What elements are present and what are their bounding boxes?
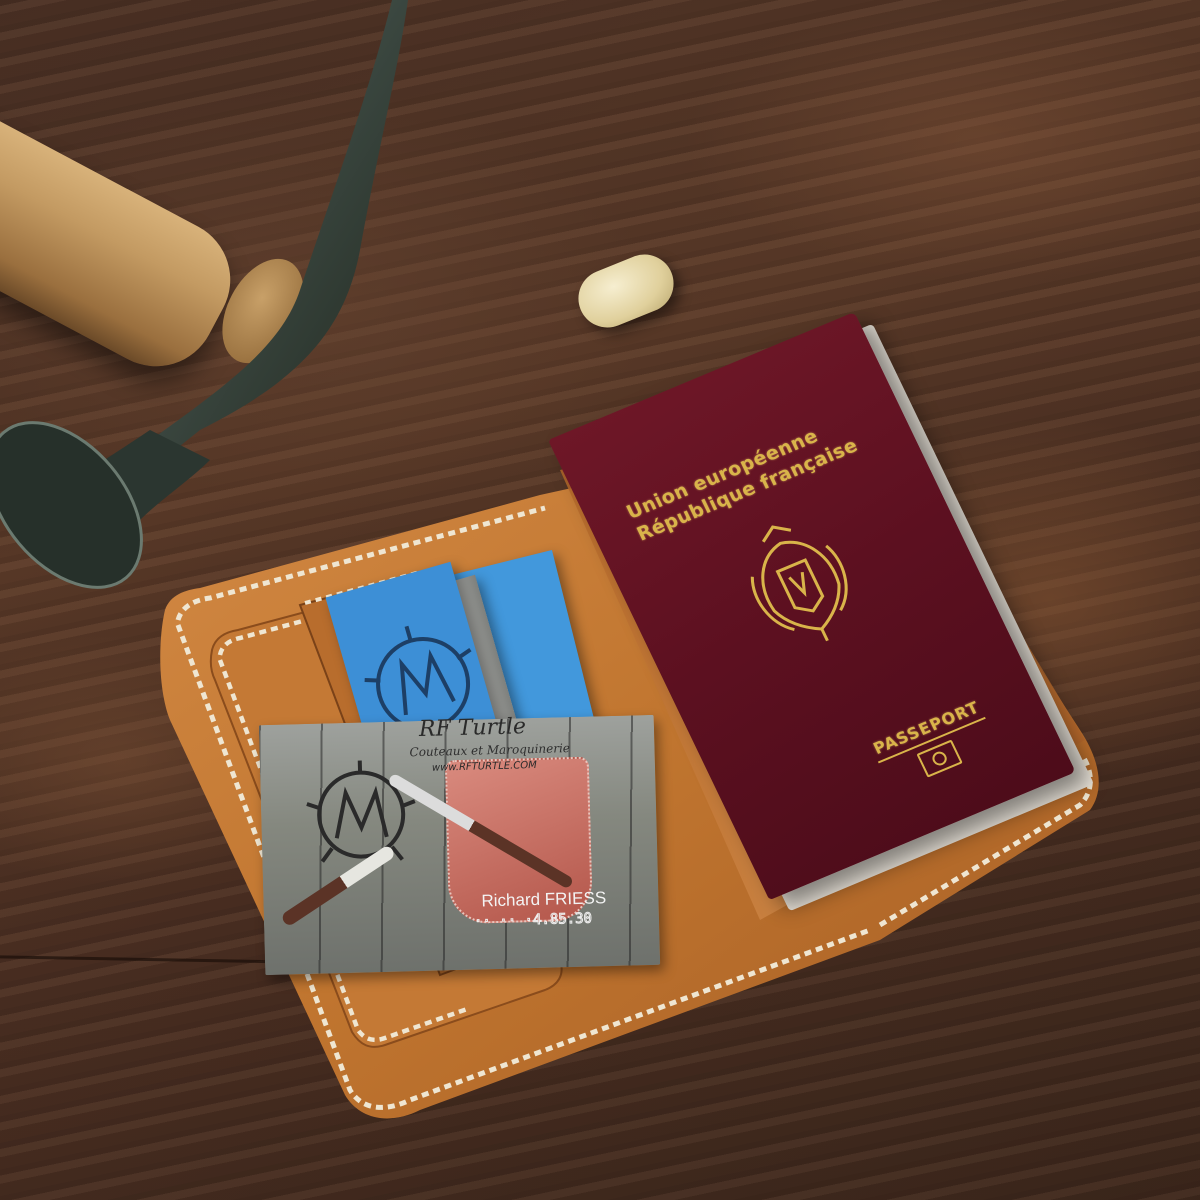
turtle-m-logo-icon	[300, 751, 423, 874]
card-tagline: Couteaux et Maroquinerie	[409, 741, 570, 759]
business-card-rf-turtle: RF Turtle Couteaux et Maroquinerie www.R…	[259, 715, 660, 975]
leather-wallet	[0, 0, 1200, 1200]
card-brand: RF Turtle	[419, 714, 527, 742]
card-phone: ·· ·· ·4.85.30	[474, 911, 592, 930]
photo-scene: Union européenne République française PA…	[0, 0, 1200, 1200]
coat-of-arms-icon	[721, 504, 879, 664]
card-name: Richard FRIESS	[481, 888, 606, 911]
biometric-chip-icon	[916, 739, 962, 777]
